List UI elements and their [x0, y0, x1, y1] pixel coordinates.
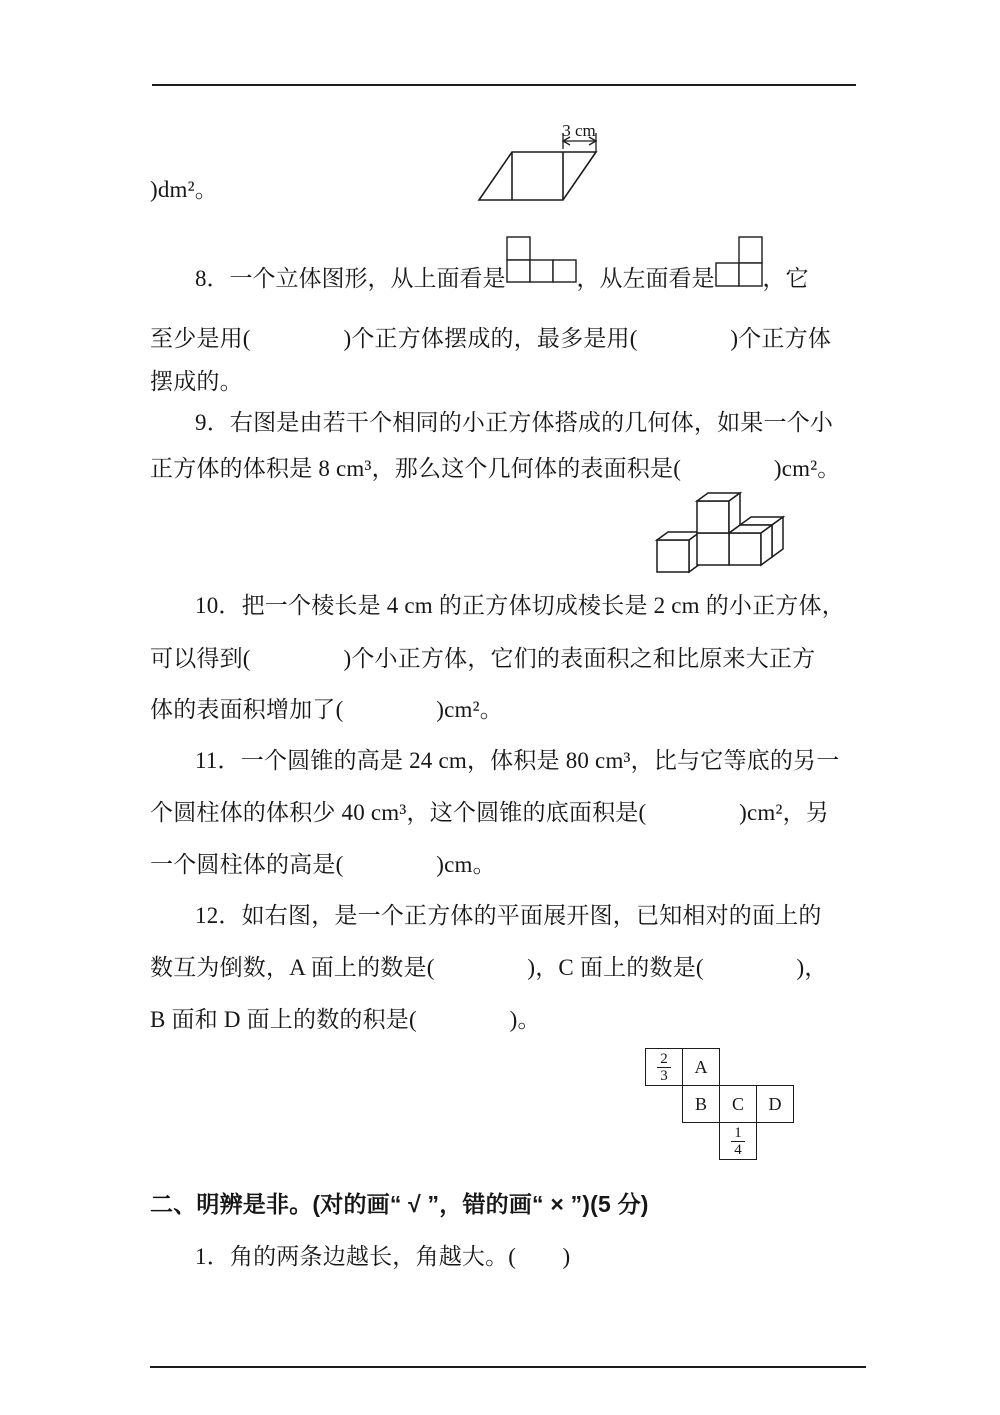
q8-text-3: ，它: [763, 266, 809, 292]
q12-line3: B 面和 D 面上的数的积是( )。: [150, 1007, 541, 1033]
fraction-denominator: 4: [731, 1142, 745, 1157]
q11-line1: 11．一个圆锥的高是 24 cm，体积是 80 cm³，比与它等底的另一: [195, 748, 839, 774]
top-view-diagram: [506, 236, 577, 283]
cube-stack-figure: [645, 487, 790, 582]
q8-text-1: 8．一个立体图形，从上面看是: [195, 266, 506, 292]
fraction-denominator: 3: [657, 1068, 671, 1083]
q8-line1: 8．一个立体图形，从上面看是 ，从左面看是 ，它: [195, 234, 809, 292]
top-rule: [152, 84, 856, 86]
q9-line2: 正方体的体积是 8 cm³，那么这个几何体的表面积是( )cm²。: [150, 456, 841, 482]
q8-text-2: ，从左面看是: [577, 266, 715, 292]
q7-answer-tail: )dm²。: [150, 177, 218, 203]
q8-line3: 摆成的。: [150, 369, 243, 395]
net-cell-a: A: [682, 1048, 720, 1086]
q11-line3: 一个圆柱体的高是( )cm。: [150, 852, 496, 878]
cube-net-figure: 2 3 A B C D 1 4: [645, 1048, 799, 1165]
q12-line1: 12．如右图，是一个正方体的平面展开图，已知相对的面上的: [195, 903, 822, 929]
parallelogram-figure: 3 cm: [455, 115, 625, 210]
fraction-numerator: 1: [731, 1126, 745, 1142]
net-cell-d: D: [756, 1085, 794, 1123]
net-cell-c: C: [719, 1085, 757, 1123]
q12-line2: 数互为倒数，A 面上的数是( )，C 面上的数是( )，: [150, 955, 828, 981]
fraction-numerator: 2: [657, 1052, 671, 1068]
q8-line2: 至少是用( )个正方体摆成的，最多是用( )个正方体: [150, 326, 831, 352]
q10-line2: 可以得到( )个小正方体，它们的表面积之和比原来大正方: [150, 646, 815, 672]
q10-line1: 10．把一个棱长是 4 cm 的正方体切成棱长是 2 cm 的小正方体，: [195, 593, 845, 619]
q9-line1: 9．右图是由若干个相同的小正方体搭成的几何体，如果一个小: [195, 410, 833, 436]
bottom-rule: [150, 1366, 866, 1368]
section2-heading: 二、明辨是非。(对的画“ √ ”，错的画“ × ”)(5 分): [150, 1191, 649, 1217]
q10-line3: 体的表面积增加了( )cm²。: [150, 697, 503, 723]
left-view-diagram: [715, 236, 763, 287]
section2-q1: 1．角的两条边越长，角越大。( ): [195, 1244, 570, 1270]
net-cell-fraction-two-thirds: 2 3: [645, 1048, 683, 1086]
worksheet-page: 3 cm )dm²。 8．一个立体图形，从上面看是 ，从左面看是 ，它 至少是用…: [0, 0, 1000, 1415]
q11-line2: 个圆柱体的体积少 40 cm³，这个圆锥的底面积是( )cm²，另: [150, 800, 829, 826]
parallelogram-dimension-label: 3 cm: [562, 121, 596, 140]
net-cell-b: B: [682, 1085, 720, 1123]
net-cell-fraction-one-fourth: 1 4: [719, 1122, 757, 1160]
